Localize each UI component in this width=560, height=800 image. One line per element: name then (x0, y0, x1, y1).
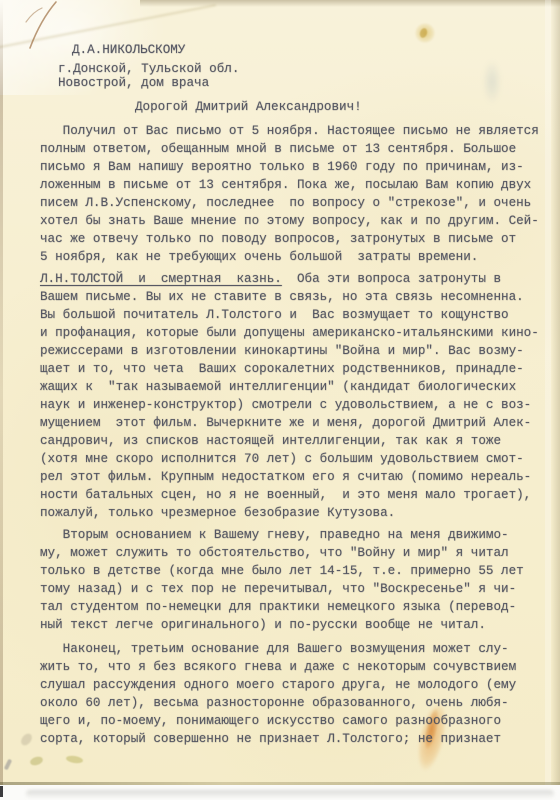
section-heading: Л.Н.ТОЛСТОЙ и смертная казнь. (40, 272, 282, 286)
heading-line: Л.Н.ТОЛСТОЙ и смертная казнь. Оба эти во… (40, 270, 546, 288)
corner-mark (0, 786, 3, 797)
salutation: Дорогой Дмитрий Александрович! (135, 98, 362, 116)
blue-smudge (480, 54, 504, 110)
paragraph-2: Вашем письме. Вы их не ставите в связь, … (40, 288, 546, 522)
paragraph-3: Вторым основанием к Вашему гневу, правед… (40, 526, 546, 634)
pen-mark-icon (14, 0, 68, 52)
recipient-address-line-2: Новострой, дом врача (58, 74, 209, 92)
scanned-letter-page: Д.А.НИКОЛЬСКОМУ г.Донской, Тульской обл.… (0, 0, 560, 800)
heading-line-rest: Оба эти вопроса затронуты в (282, 272, 501, 286)
paragraph-4: Наконец, третьим основание для Вашего во… (40, 640, 546, 748)
left-edge-shadow (0, 0, 3, 785)
scanner-shadow (26, 790, 554, 798)
recipient-name: Д.А.НИКОЛЬСКОМУ (72, 41, 185, 59)
letter-body: Получил от Вас письмо от 5 ноября. Насто… (40, 122, 546, 748)
paragraph-1: Получил от Вас письмо от 5 ноября. Насто… (40, 122, 546, 266)
right-edge-shadow (551, 0, 560, 785)
